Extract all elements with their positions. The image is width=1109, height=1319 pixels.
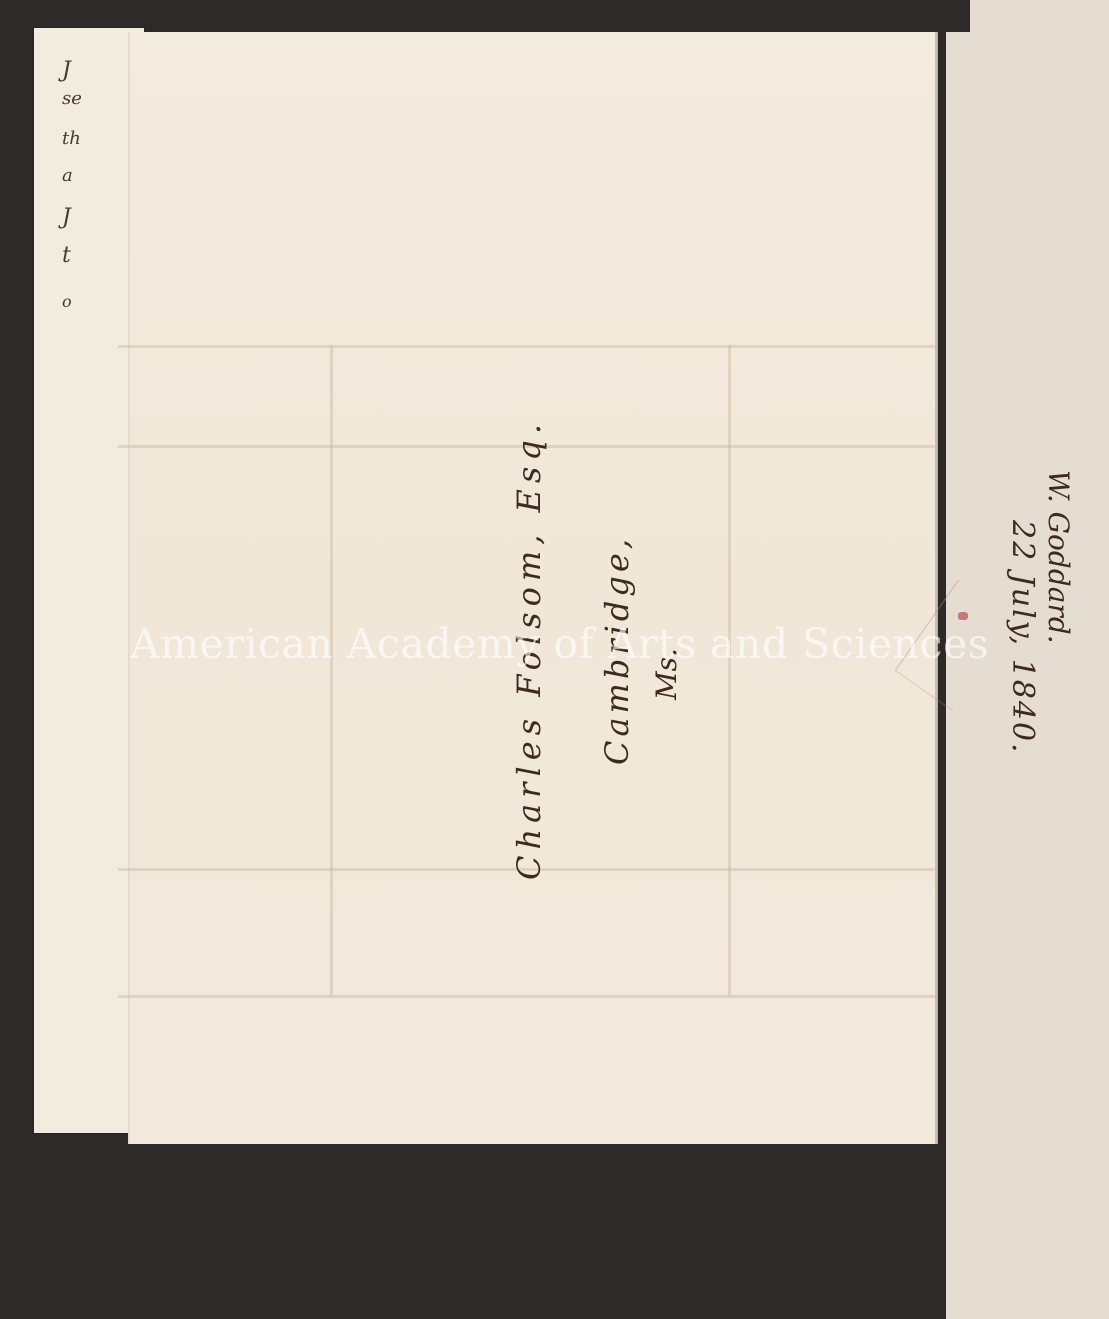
fold-line	[728, 345, 731, 995]
back-sheet-fragment: th	[62, 128, 81, 149]
background-corner	[946, 0, 970, 32]
fold-line	[118, 345, 935, 348]
back-sheet-fragment: se	[62, 88, 82, 109]
watermark-text: American Academy of Arts and Sciences	[130, 620, 1010, 668]
back-sheet-fragment: o	[62, 292, 72, 311]
docket-date: 22 July, 1840.	[1005, 520, 1040, 755]
fold-line	[118, 995, 935, 998]
sheet-edge	[128, 32, 130, 1144]
red-wax-trace	[958, 612, 968, 620]
back-sheet-fragment: t	[62, 243, 71, 268]
fold-line	[330, 345, 333, 995]
back-sheet-fragment: J	[62, 205, 71, 230]
back-sheet-fragment: a	[62, 165, 73, 186]
docket-sender: W. Goddard.	[1042, 470, 1075, 644]
back-sheet-fragment: J	[62, 58, 71, 83]
